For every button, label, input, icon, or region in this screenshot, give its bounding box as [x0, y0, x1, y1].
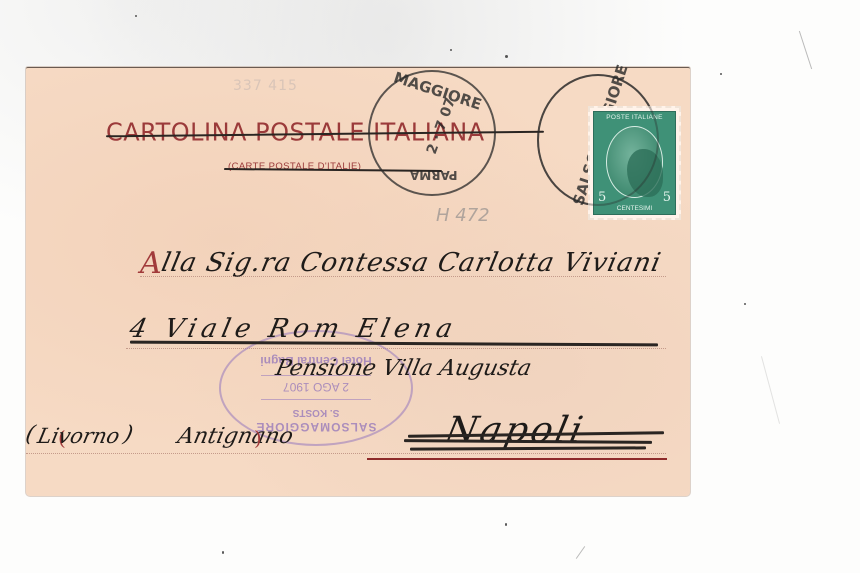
dust-speck [450, 49, 452, 51]
stamp-bottom-text: CENTESIMI [594, 205, 675, 212]
pencil-reference-note: 337 415 [233, 78, 298, 94]
postmark-top-text: MAGGIORE [391, 68, 483, 113]
postmark-overlay [537, 74, 659, 206]
dust-speck [720, 73, 722, 75]
address-line-2-rule [126, 348, 666, 349]
hotel-cachet-divider [261, 399, 371, 400]
city-strikethrough-3 [410, 446, 646, 450]
address-locality: Antignano [175, 424, 295, 449]
address-province-close: ) [121, 422, 135, 447]
dust-speck [222, 551, 224, 554]
address-city-struck: Napoli [442, 410, 589, 451]
street-strikethrough [130, 341, 658, 347]
dust-speck [744, 303, 746, 305]
dust-speck [505, 523, 507, 526]
address-pension: Pensione Villa Augusta [273, 356, 533, 381]
pencil-inventory-number: H 472 [436, 205, 490, 226]
printed-paren-close: ) [254, 426, 262, 450]
postmark-maggiore: MAGGIORE 2 · 7 07 PARMA [368, 70, 496, 196]
dust-speck [135, 15, 137, 17]
postmark-date: 2 · 7 07 [424, 96, 459, 157]
hotel-cachet-date: 2 AGO 1907 [221, 380, 411, 394]
dust-speck [505, 55, 508, 58]
postcard: 337 415 CARTOLINA POSTALE ITALIANA (CART… [26, 67, 690, 496]
hotel-cachet-proprietor: S. KOSTS [221, 407, 411, 418]
address-street-struck: 4 Viale Rom Elena [127, 314, 460, 344]
address-province: Livorno [35, 424, 121, 448]
destination-underline [367, 458, 667, 460]
postmark-bottom-text: PARMA [410, 168, 457, 182]
address-province-open: ( [23, 422, 37, 447]
address-recipient: lla Sig.ra Contessa Carlotta Viviani [159, 248, 664, 278]
address-line-3-rule [26, 453, 666, 454]
stamp-value-right: 5 [663, 190, 671, 205]
